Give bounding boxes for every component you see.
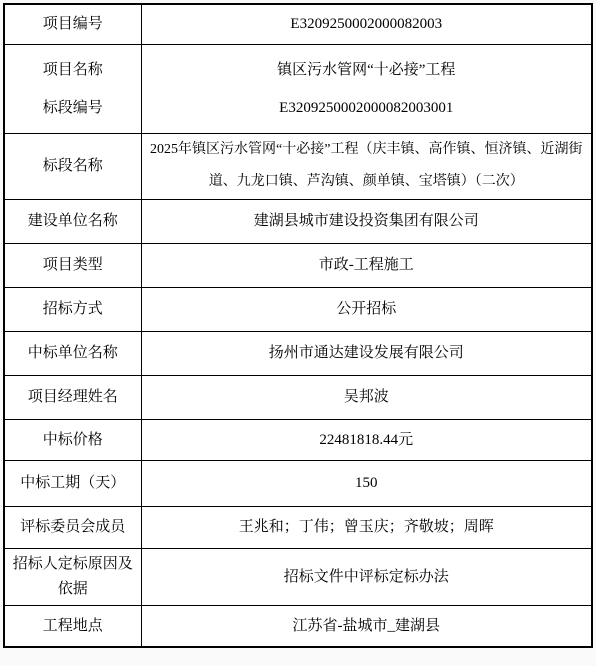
row-value: 江苏省-盐城市_建湖县 xyxy=(141,605,592,647)
row-label: 标段编号 xyxy=(9,98,137,118)
row-label: 招标人定标原因及依据 xyxy=(4,548,141,605)
row-label: 工程地点 xyxy=(4,605,141,647)
row-value: 2025年镇区污水管网“十必接”工程（庆丰镇、高作镇、恒济镇、近湖街道、九龙口镇… xyxy=(141,133,592,199)
row-label: 标段名称 xyxy=(4,133,141,199)
row-value: E3209250002000082003 xyxy=(141,4,592,44)
table-row-award-basis: 招标人定标原因及依据 招标文件中评标定标办法 xyxy=(4,548,592,605)
table-row-section-name: 标段名称 2025年镇区污水管网“十必接”工程（庆丰镇、高作镇、恒济镇、近湖街道… xyxy=(4,133,592,199)
row-label-group: 项目名称 标段编号 xyxy=(4,44,141,133)
table-row-construction-unit: 建设单位名称 建湖县城市建设投资集团有限公司 xyxy=(4,199,592,243)
row-label: 项目名称 xyxy=(9,60,137,80)
row-value: 镇区污水管网“十必接”工程 xyxy=(146,60,588,80)
table-row-bidding-method: 招标方式 公开招标 xyxy=(4,287,592,331)
table-row-project-name-and-section-number: 项目名称 标段编号 镇区污水管网“十必接”工程 E320925000200008… xyxy=(4,44,592,133)
row-value: 吴邦波 xyxy=(141,375,592,419)
row-value: 建湖县城市建设投资集团有限公司 xyxy=(141,199,592,243)
row-label: 项目编号 xyxy=(4,4,141,44)
row-label: 中标价格 xyxy=(4,419,141,460)
row-value: 招标文件中评标定标办法 xyxy=(141,548,592,605)
table-row-evaluation-committee: 评标委员会成员 王兆和；丁伟；曾玉庆；齐敬坡；周晖 xyxy=(4,506,592,548)
row-value: 扬州市通达建设发展有限公司 xyxy=(141,331,592,375)
table-row-project-number: 项目编号 E3209250002000082003 xyxy=(4,4,592,44)
table-row-project-manager: 项目经理姓名 吴邦波 xyxy=(4,375,592,419)
row-label: 评标委员会成员 xyxy=(4,506,141,548)
table-row-winning-price: 中标价格 22481818.44元 xyxy=(4,419,592,460)
row-value: 王兆和；丁伟；曾玉庆；齐敬坡；周晖 xyxy=(141,506,592,548)
bid-result-table: 项目编号 E3209250002000082003 项目名称 标段编号 镇区污水… xyxy=(3,3,593,648)
table-row-construction-period: 中标工期（天） 150 xyxy=(4,460,592,506)
row-value: 公开招标 xyxy=(141,287,592,331)
row-label: 项目类型 xyxy=(4,243,141,287)
row-value: 150 xyxy=(141,460,592,506)
row-label: 中标单位名称 xyxy=(4,331,141,375)
row-label: 项目经理姓名 xyxy=(4,375,141,419)
row-value-group: 镇区污水管网“十必接”工程 E3209250002000082003001 xyxy=(141,44,592,133)
row-value: 22481818.44元 xyxy=(141,419,592,460)
table-row-project-location: 工程地点 江苏省-盐城市_建湖县 xyxy=(4,605,592,647)
row-label: 招标方式 xyxy=(4,287,141,331)
row-label: 建设单位名称 xyxy=(4,199,141,243)
table-row-project-type: 项目类型 市政-工程施工 xyxy=(4,243,592,287)
table-row-winning-bidder: 中标单位名称 扬州市通达建设发展有限公司 xyxy=(4,331,592,375)
row-value: 市政-工程施工 xyxy=(141,243,592,287)
row-value: E3209250002000082003001 xyxy=(146,98,588,118)
row-label: 中标工期（天） xyxy=(4,460,141,506)
